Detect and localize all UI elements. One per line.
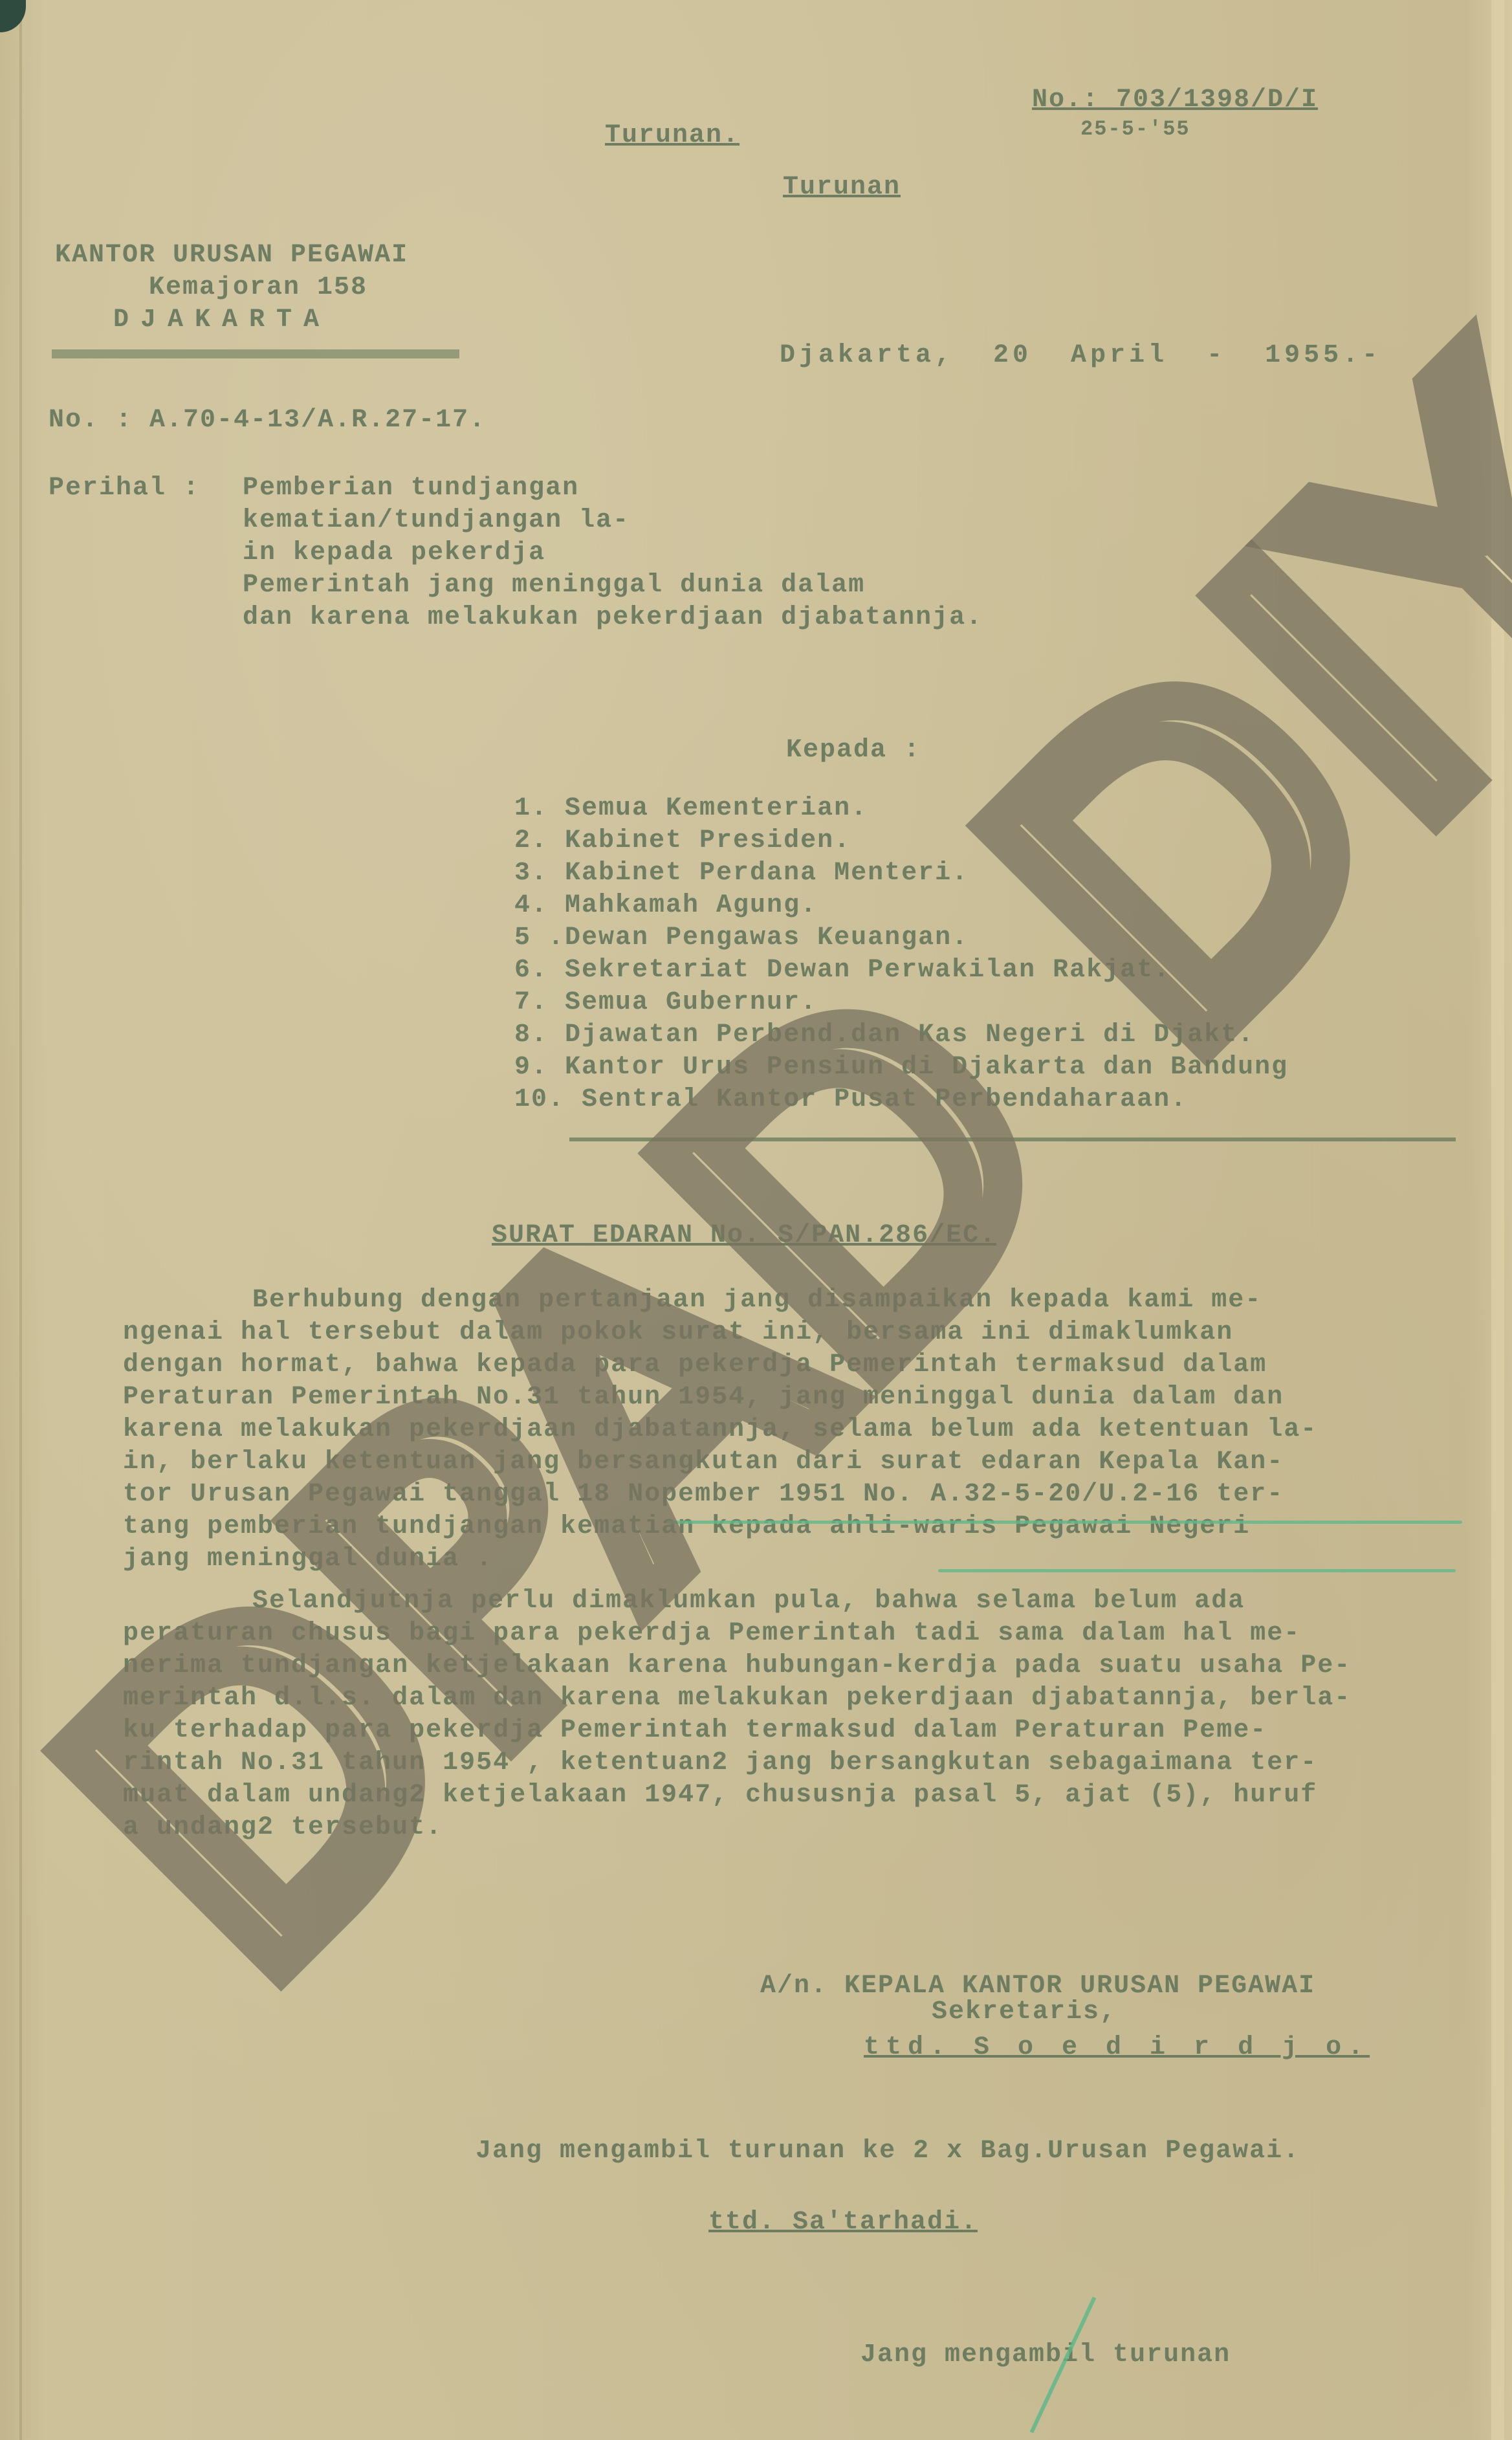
pen-underline	[938, 1569, 1456, 1572]
paper-right-edge	[1491, 0, 1504, 2440]
subject-line: kematian/tundjangan la-	[243, 505, 983, 537]
office-city: DJAKARTA	[113, 304, 331, 336]
copy-label-2: Turunan	[783, 171, 901, 204]
distribution-line: Jang mengambil turunan ke 2 x Bag.Urusan…	[476, 2135, 1300, 2168]
distribution-signed: ttd. Sa'tarhadi.	[708, 2206, 978, 2239]
signature-name: ttd. S o e d i r d j o.	[864, 2032, 1370, 2064]
copy-label: Turunan.	[605, 120, 740, 152]
office-name: KANTOR URUSAN PEGAWAI	[55, 239, 408, 272]
reference-number: No.: 703/1398/D/I	[1032, 84, 1318, 116]
subject-line: Pemberian tundjangan	[243, 472, 983, 505]
subject-line: Pemerintah jang meninggal dunia dalam	[243, 569, 983, 602]
subject-line: dan karena melakukan pekerdjaan djabatan…	[243, 602, 983, 634]
letter-number: No. : A.70-4-13/A.R.27-17.	[49, 404, 486, 437]
certified-copy-footer: Jang mengambil turunan	[860, 2339, 1231, 2371]
subject-label: Perihal :	[49, 472, 200, 505]
subject-block: Pemberian tundjangan kematian/tundjangan…	[243, 472, 983, 634]
reference-date: 25-5-'55	[1080, 113, 1190, 146]
subject-line: in kepada pekerdja	[243, 537, 983, 569]
office-underline	[52, 349, 459, 358]
place-date: Djakarta, 20 April - 1955.-	[780, 340, 1381, 372]
office-address: Kemajoran 158	[149, 272, 367, 304]
signature-title: Sekretaris,	[932, 1996, 1117, 2028]
recipients-heading: Kepada :	[786, 734, 921, 767]
paper-fold-edge	[19, 0, 22, 2440]
